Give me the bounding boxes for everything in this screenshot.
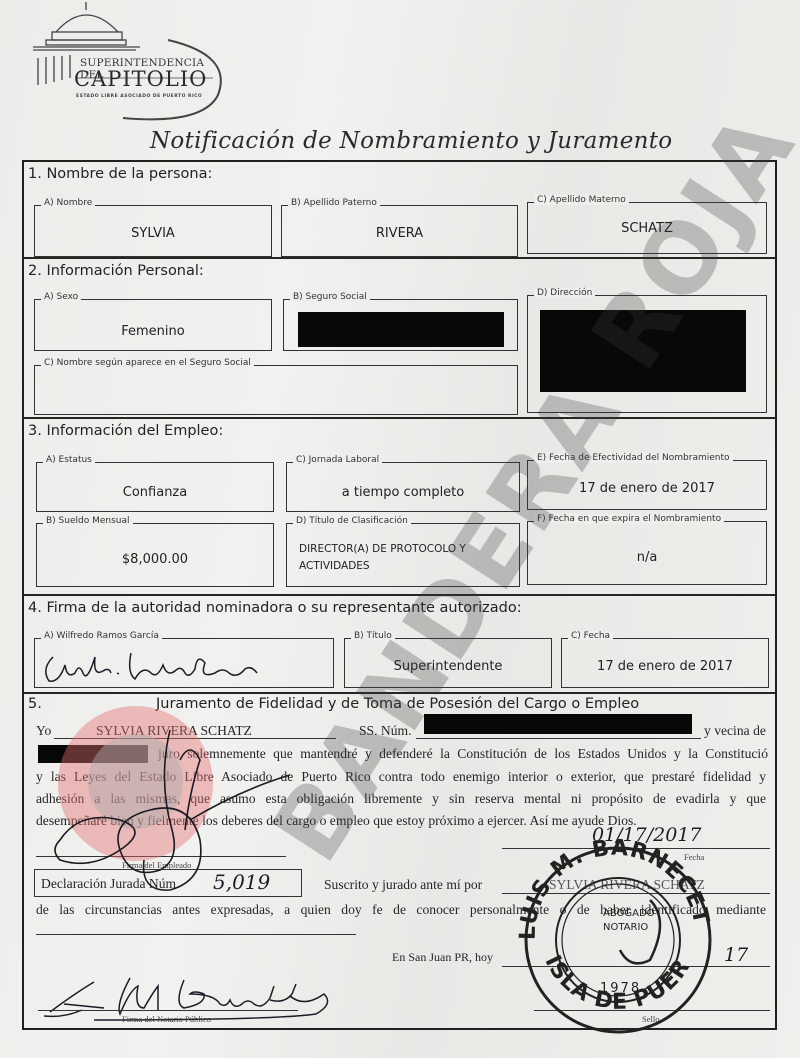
field-value: Superintendente [345, 659, 551, 674]
field-value: Femenino [35, 324, 271, 339]
field-value-line1: DIRECTOR(A) DE PROTOCOLO Y [299, 541, 519, 558]
oath-vecina: y vecina de [704, 723, 766, 739]
logo-estado-text: ESTADO LIBRE ASOCIADO DE PUERTO RICO [76, 94, 202, 99]
field-label: C) Fecha [568, 631, 613, 641]
firma-notario-caption: Firma del Notario Público [122, 1014, 211, 1024]
field-firma-autoridad: A) Wilfredo Ramos García [34, 638, 334, 688]
field-apellido-materno: C) Apellido Materno SCHATZ [527, 202, 767, 254]
field-apellido-paterno: B) Apellido Paterno RIVERA [281, 205, 518, 257]
capitolio-logo: SUPERINTENDENCIA DEL CAPITOLIO ESTADO LI… [28, 0, 228, 125]
declaracion-label: Declaración Jurada Núm. [41, 876, 180, 892]
section-juramento: 5. Juramento de Fidelidad y de Toma de P… [24, 694, 775, 1030]
blank-line [36, 934, 356, 935]
section-informacion-personal: 2. Información Personal: A) Sexo Femenin… [24, 259, 775, 419]
section-nombre: 1. Nombre de la persona: A) Nombre SYLVI… [24, 162, 775, 259]
document-page: SUPERINTENDENCIA DEL CAPITOLIO ESTADO LI… [0, 0, 800, 1058]
field-sexo: A) Sexo Femenino [34, 299, 272, 351]
field-value-line2: ACTIVIDADES [299, 558, 519, 575]
field-value: 17 de enero de 2017 [562, 659, 768, 674]
sello-caption: Sello [642, 1014, 659, 1024]
fecha-line [502, 848, 770, 849]
declaracion-jurada-box: Declaración Jurada Núm. 5,019 [34, 869, 302, 897]
field-value: a tiempo completo [287, 485, 519, 500]
oath-nombre: SYLVIA RIVERA SCHATZ [96, 723, 252, 739]
firma-empleado-line [36, 856, 286, 857]
field-nombre: A) Nombre SYLVIA [34, 205, 272, 257]
field-titulo-autoridad: B) Título Superintendente [344, 638, 552, 688]
field-value: SYLVIA [35, 226, 271, 241]
lugar-label: En San Juan PR, hoy [392, 950, 493, 965]
section-title: 4. Firma de la autoridad nominadora o su… [28, 600, 522, 616]
field-titulo-clasificacion: D) Título de Clasificación DIRECTOR(A) D… [286, 523, 520, 587]
field-estatus: A) Estatus Confianza [36, 462, 274, 512]
field-label: E) Fecha de Efectividad del Nombramiento [534, 453, 733, 463]
oath-yo: Yo [36, 723, 51, 739]
field-jornada-laboral: C) Jornada Laboral a tiempo completo [286, 462, 520, 512]
field-value: SCHATZ [528, 221, 766, 236]
redaction-block-municipio [38, 745, 148, 763]
field-label: D) Dirección [534, 288, 595, 298]
field-value: Confianza [37, 485, 273, 500]
field-sueldo-mensual: B) Sueldo Mensual $8,000.00 [36, 523, 274, 587]
field-direccion: D) Dirección [527, 295, 767, 413]
field-label: B) Apellido Paterno [288, 198, 380, 208]
redaction-block [298, 312, 504, 347]
oath-line-1: juro solemnemente que mantendré y defend… [158, 746, 768, 762]
field-label: D) Título de Clasificación [293, 516, 411, 526]
field-label: F) Fecha en que expira el Nombramiento [534, 514, 724, 524]
hoy-line [502, 966, 770, 967]
sello-line [534, 1010, 770, 1011]
oath-line-4: desempeñaré bien y fielmente los deberes… [36, 813, 637, 829]
section-firma-autoridad: 4. Firma de la autoridad nominadora o su… [24, 596, 775, 694]
field-value: n/a [528, 550, 766, 565]
field-fecha-autoridad: C) Fecha 17 de enero de 2017 [561, 638, 769, 688]
suscrito-nombre: SYLVIA RIVERA SCHATZ [549, 877, 705, 893]
field-label: C) Nombre según aparece en el Seguro Soc… [41, 358, 254, 368]
field-label: A) Estatus [43, 455, 95, 465]
oath-line-3: adhesión a las mismas, que asumo esta ob… [36, 791, 766, 807]
hoy-value: 17 [724, 944, 748, 966]
field-seguro-social: B) Seguro Social [283, 299, 518, 351]
field-label: B) Seguro Social [290, 292, 370, 302]
section-title: 3. Información del Empleo: [28, 423, 223, 439]
field-fecha-efectividad: E) Fecha de Efectividad del Nombramiento… [527, 460, 767, 510]
firma-notario-line [38, 1010, 298, 1011]
field-value: 17 de enero de 2017 [528, 481, 766, 496]
oath-line-2: y las Leyes del Estado Libre Asociado de… [36, 769, 766, 785]
appointment-form: 1. Nombre de la persona: A) Nombre SYLVI… [22, 160, 777, 1030]
underline [416, 738, 701, 739]
section-informacion-empleo: 3. Información del Empleo: A) Estatus Co… [24, 419, 775, 596]
field-label: C) Jornada Laboral [293, 455, 382, 465]
field-label: B) Título [351, 631, 395, 641]
fecha-caption: Fecha [684, 852, 704, 862]
oath-ss-label: SS. Núm. [359, 723, 412, 739]
suscrito-line [502, 893, 770, 894]
declaracion-value: 5,019 [213, 870, 270, 894]
section-title: 2. Información Personal: [28, 263, 204, 279]
section-title: 1. Nombre de la persona: [28, 166, 212, 182]
redaction-block-ss [424, 714, 692, 734]
field-label: C) Apellido Materno [534, 195, 629, 205]
field-value: RIVERA [282, 226, 517, 241]
redaction-block [540, 310, 746, 392]
document-title: Notificación de Nombramiento y Juramento [150, 128, 672, 154]
field-label: A) Wilfredo Ramos García [41, 631, 162, 641]
juramento-title: Juramento de Fidelidad y de Toma de Pose… [156, 696, 639, 712]
logo-capitolio-text: CAPITOLIO [74, 67, 207, 91]
fecha-handwritten: 01/17/2017 [592, 824, 702, 846]
field-fecha-expira: F) Fecha en que expira el Nombramiento n… [527, 521, 767, 585]
suscrito-label: Suscrito y jurado ante mí por [324, 877, 482, 893]
signature-autoridad [39, 643, 279, 687]
field-nombre-seguro-social: C) Nombre según aparece en el Seguro Soc… [34, 365, 518, 415]
field-label: A) Nombre [41, 198, 95, 208]
circunstancias-line: de las circunstancias antes expresadas, … [36, 902, 766, 918]
section-number: 5. [28, 696, 42, 712]
field-value: $8,000.00 [37, 552, 273, 567]
field-label: B) Sueldo Mensual [43, 516, 133, 526]
field-label: A) Sexo [41, 292, 81, 302]
